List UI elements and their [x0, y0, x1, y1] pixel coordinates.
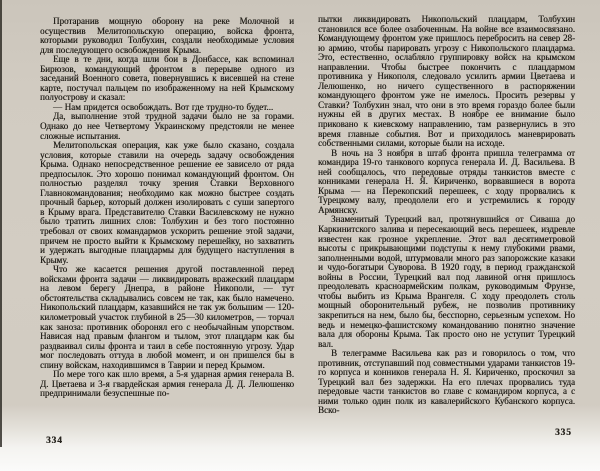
paragraph: Да, выполнение этой трудной задачи было …: [40, 112, 294, 141]
paragraph: Что же касается решения другой поставлен…: [40, 265, 294, 370]
paragraph: пытки ликвидировать Никопольский плацдар…: [318, 15, 575, 149]
scan-edge-line: [0, 0, 2, 447]
left-page: Протаранив мощную оборону на реке Молочн…: [40, 17, 294, 399]
paragraph: По мере того как шло время, а 5-я ударна…: [40, 370, 294, 399]
paragraph: В телеграмме Васильева как раз и говорил…: [318, 349, 575, 416]
paragraph: Знаменитый Турецкий вал, протянувшийся о…: [318, 215, 575, 349]
page-number-left: 334: [46, 436, 63, 446]
book-spread-scan: Протаранив мощную оборону на реке Молочн…: [0, 0, 600, 471]
paragraph: Еще в те дни, когда шли бои в Донбассе, …: [40, 55, 294, 103]
paragraph: Протаранив мощную оборону на реке Молочн…: [40, 17, 294, 55]
paragraph: Мелитопольская операция, как уже было ск…: [40, 141, 294, 265]
paragraph: В ночь на 3 ноября в штаб фронта пришла …: [318, 149, 575, 216]
page-number-right: 335: [555, 428, 572, 438]
right-page: пытки ликвидировать Никопольский плацдар…: [318, 15, 575, 416]
